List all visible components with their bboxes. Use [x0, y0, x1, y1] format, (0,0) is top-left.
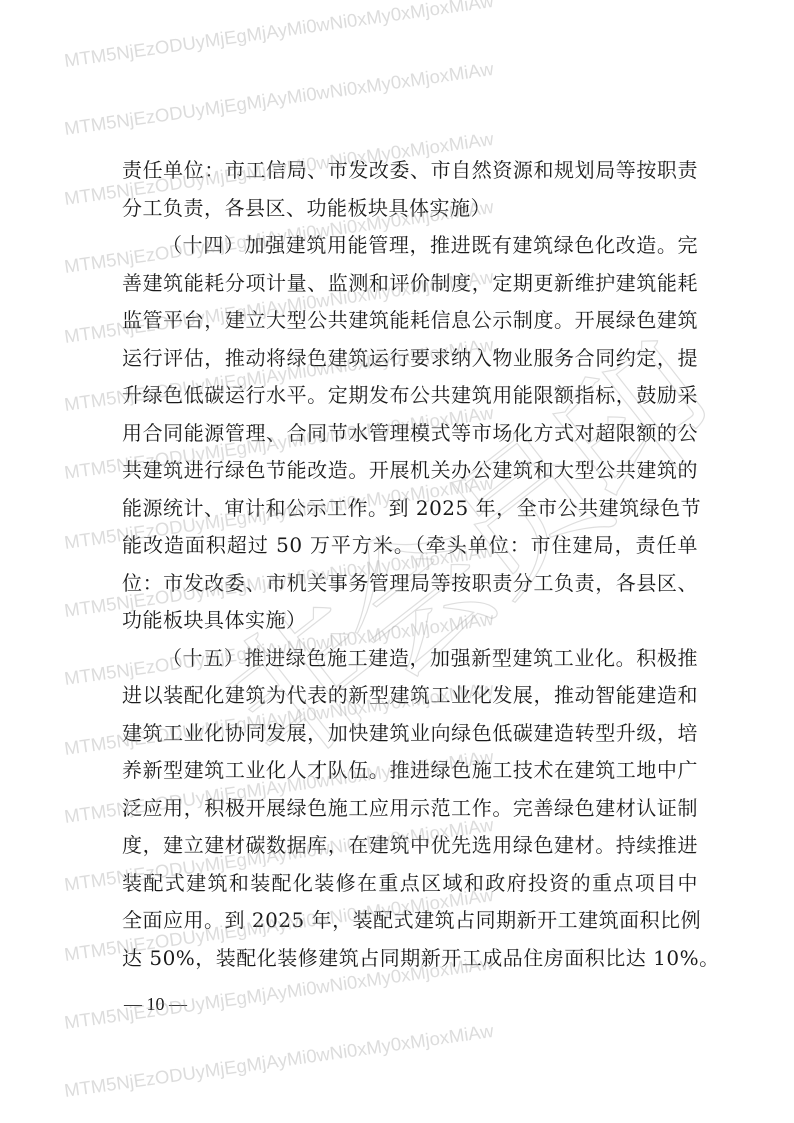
watermark-text: MTM5NjEzODUyMjEgMjAyMi0wNi0xMy0xMjoxMiAw: [63, 0, 495, 72]
text-line: 升绿色低碳运行水平。定期发布公共建筑用能限额指标，鼓励采: [122, 377, 698, 415]
text-line: 监管平台，建立大型公共建筑能耗信息公示制度。开展绿色建筑: [122, 302, 698, 340]
text-line: 装配式建筑和装配化装修在重点区域和政府投资的重点项目中: [122, 865, 698, 903]
document-page: 责任单位：市工信局、市发改委、市自然资源和规划局等按职责分工负责，各县区、功能板…: [0, 0, 794, 1123]
text-line: 功能板块具体实施）: [122, 602, 698, 640]
watermark-text: MTM5NjEzODUyMjEgMjAyMi0wNi0xMy0xMjoxMiAw: [63, 58, 495, 140]
text-line: 养新型建筑工业化人才队伍。推进绿色施工技术在建筑工地中广: [122, 752, 698, 790]
text-line: 责任单位：市工信局、市发改委、市自然资源和规划局等按职责: [122, 152, 698, 190]
text-line: 位：市发改委、市机关事务管理局等按职责分工负责，各县区、: [122, 565, 698, 603]
text-line: 进以装配化建筑为代表的新型建筑工业化发展，推动智能建造和: [122, 677, 698, 715]
text-line: 运行评估，推动将绿色建筑运行要求纳入物业服务合同约定，提: [122, 340, 698, 378]
text-line: （十五）推进绿色施工建造，加强新型建筑工业化。积极推: [122, 640, 698, 678]
text-line: 能改造面积超过 50 万平方米。（牵头单位：市住建局，责任单: [122, 527, 698, 565]
text-line: 达 50%，装配化装修建筑占同期新开工成品住房面积比达 10%。: [122, 940, 698, 978]
watermark-text: MTM5NjEzODUyMjEgMjAyMi0wNi0xMy0xMjoxMiAw: [63, 1020, 495, 1102]
text-line: 度，建立建材碳数据库，在建筑中优先选用绿色建材。持续推进: [122, 827, 698, 865]
text-line: 分工负责，各县区、功能板块具体实施）: [122, 190, 698, 228]
text-line: 善建筑能耗分项计量、监测和评价制度，定期更新维护建筑能耗: [122, 265, 698, 303]
text-line: 泛应用，积极开展绿色施工应用示范工作。完善绿色建材认证制: [122, 790, 698, 828]
text-line: 建筑工业化协同发展，加快建筑业向绿色低碳建造转型升级，培: [122, 715, 698, 753]
text-line: 共建筑进行绿色节能改造。开展机关办公建筑和大型公共建筑的: [122, 452, 698, 490]
page-number: — 10 —: [124, 992, 187, 1016]
text-line: 用合同能源管理、合同节水管理模式等市场化方式对超限额的公: [122, 415, 698, 453]
text-line: 全面应用。到 2025 年，装配式建筑占同期新开工建筑面积比例: [122, 902, 698, 940]
body-text: 责任单位：市工信局、市发改委、市自然资源和规划局等按职责分工负责，各县区、功能板…: [122, 152, 698, 977]
text-line: （十四）加强建筑用能管理，推进既有建筑绿色化改造。完: [122, 227, 698, 265]
text-line: 能源统计、审计和公示工作。到 2025 年，全市公共建筑绿色节: [122, 490, 698, 528]
